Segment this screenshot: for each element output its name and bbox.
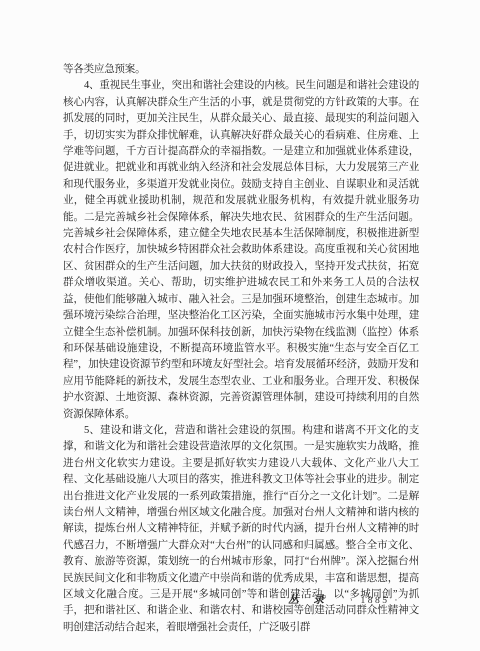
volume-label: 丛 录 [288, 595, 330, 606]
body-text: 等各类应急预案。 4、重视民生事业，突出和谐社会建设的内核。民生问题是和谐社会建… [63, 62, 419, 636]
page-number: · 1885 · [350, 596, 400, 606]
document-page: 等各类应急预案。 4、重视民生事业，突出和谐社会建设的内核。民生问题是和谐社会建… [0, 0, 480, 651]
continuation-line: 等各类应急预案。 [63, 62, 419, 78]
paragraph-4-minsheng: 4、重视民生事业，突出和谐社会建设的内核。民生问题是和谐社会建设的核心内容，认真… [63, 78, 419, 423]
page-footer: 丛 录 · 1885 · [63, 590, 400, 608]
